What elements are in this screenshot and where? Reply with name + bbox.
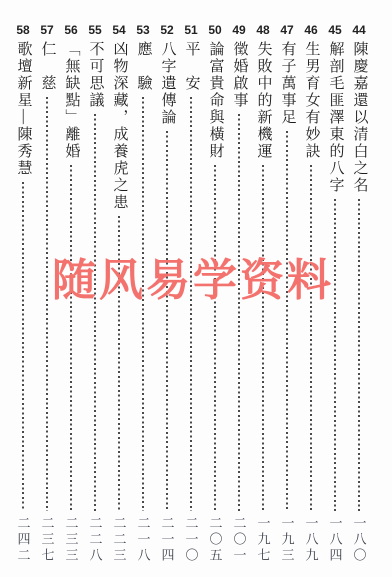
toc-entry: 55 不可思議 二二八 [84,24,106,564]
entry-number: 46 [304,24,317,36]
entry-page-number: 一八四 [329,516,342,564]
entry-title: 凶物深藏，成養虎之患 [112,41,127,211]
entry-title: 平 安 [184,41,199,92]
dotted-leader-line [46,97,48,511]
entry-page-number: 一八〇 [353,516,366,564]
entry-title: 解剖毛匪澤東的八字 [328,41,343,194]
entry-title: 生男育女有妙訣 [304,41,319,160]
toc-entry: 56 「無缺點」離婚 二三三 [60,24,82,564]
toc-entry: 58 歌壇新星—陳秀慧 二四二 [12,24,34,564]
dotted-leader-line [190,97,192,511]
toc-entry: 53 應 驗 二一八 [132,24,154,564]
toc-entry: 50 論富貴命與橫財 二〇五 [204,24,226,564]
toc-entry: 46 生男育女有妙訣 一八九 [300,24,322,564]
toc-list: 44 陳慶嘉還以清白之名 一八〇 45 解剖毛匪澤東的八字 一八四 46 生男育… [12,24,370,564]
entry-page-number: 二〇五 [209,516,222,564]
entry-number: 51 [184,24,197,36]
dotted-leader-line [358,199,360,511]
dotted-leader-line [142,97,144,511]
entry-page-number: 一九三 [281,516,294,564]
entry-number: 48 [256,24,269,36]
entry-page-number: 二三七 [41,516,54,564]
entry-number: 57 [40,24,53,36]
entry-page-number: 二〇一 [233,516,246,564]
toc-entry: 44 陳慶嘉還以清白之名 一八〇 [348,24,370,564]
toc-entry: 47 有子萬事足 一九三 [276,24,298,564]
entry-title: 應 驗 [136,41,151,92]
dotted-leader-line [70,165,72,511]
toc-entry: 48 失敗中的新機運 一九七 [252,24,274,564]
entry-number: 47 [280,24,293,36]
entry-page-number: 一九七 [257,516,270,564]
entry-title: 陳慶嘉還以清白之名 [352,41,367,194]
entry-page-number: 二二三 [113,516,126,564]
entry-number: 55 [88,24,101,36]
entry-page-number: 二一〇 [185,516,198,564]
dotted-leader-line [94,114,96,511]
dotted-leader-line [310,165,312,511]
entry-number: 52 [160,24,173,36]
entry-page-number: 二四二 [17,516,30,564]
entry-page-number: 一八九 [305,516,318,564]
entry-title: 八字遺傳論 [160,41,175,126]
dotted-leader-line [262,165,264,511]
entry-number: 54 [112,24,125,36]
toc-entry: 54 凶物深藏，成養虎之患 二二三 [108,24,130,564]
toc-entry: 57 仁 慈 二三七 [36,24,58,564]
entry-page-number: 二二八 [89,516,102,564]
dotted-leader-line [118,216,120,511]
entry-title: 仁 慈 [40,41,55,92]
dotted-leader-line [286,131,288,511]
entry-title: 不可思議 [88,41,103,109]
toc-entry: 51 平 安 二一〇 [180,24,202,564]
entry-title: 有子萬事足 [280,41,295,126]
entry-page-number: 二三三 [65,516,78,564]
entry-title: 徵婚啟事 [232,41,247,109]
book-toc-page: 44 陳慶嘉還以清白之名 一八〇 45 解剖毛匪澤東的八字 一八四 46 生男育… [0,0,392,577]
dotted-leader-line [334,199,336,511]
entry-number: 49 [232,24,245,36]
entry-number: 45 [328,24,341,36]
dotted-leader-line [214,165,216,511]
entry-number: 58 [16,24,29,36]
dotted-leader-line [166,131,168,511]
entry-number: 56 [64,24,77,36]
dotted-leader-line [22,182,24,511]
entry-title: 失敗中的新機運 [256,41,271,160]
entry-page-number: 二一四 [161,516,174,564]
entry-number: 44 [352,24,365,36]
toc-entry: 49 徵婚啟事 二〇一 [228,24,250,564]
dotted-leader-line [238,114,240,511]
entry-page-number: 二一八 [137,516,150,564]
entry-number: 53 [136,24,149,36]
entry-title: 論富貴命與橫財 [208,41,223,160]
entry-number: 50 [208,24,221,36]
entry-title: 「無缺點」離婚 [64,41,79,160]
toc-entry: 52 八字遺傳論 二一四 [156,24,178,564]
entry-title: 歌壇新星—陳秀慧 [16,41,31,177]
toc-entry: 45 解剖毛匪澤東的八字 一八四 [324,24,346,564]
